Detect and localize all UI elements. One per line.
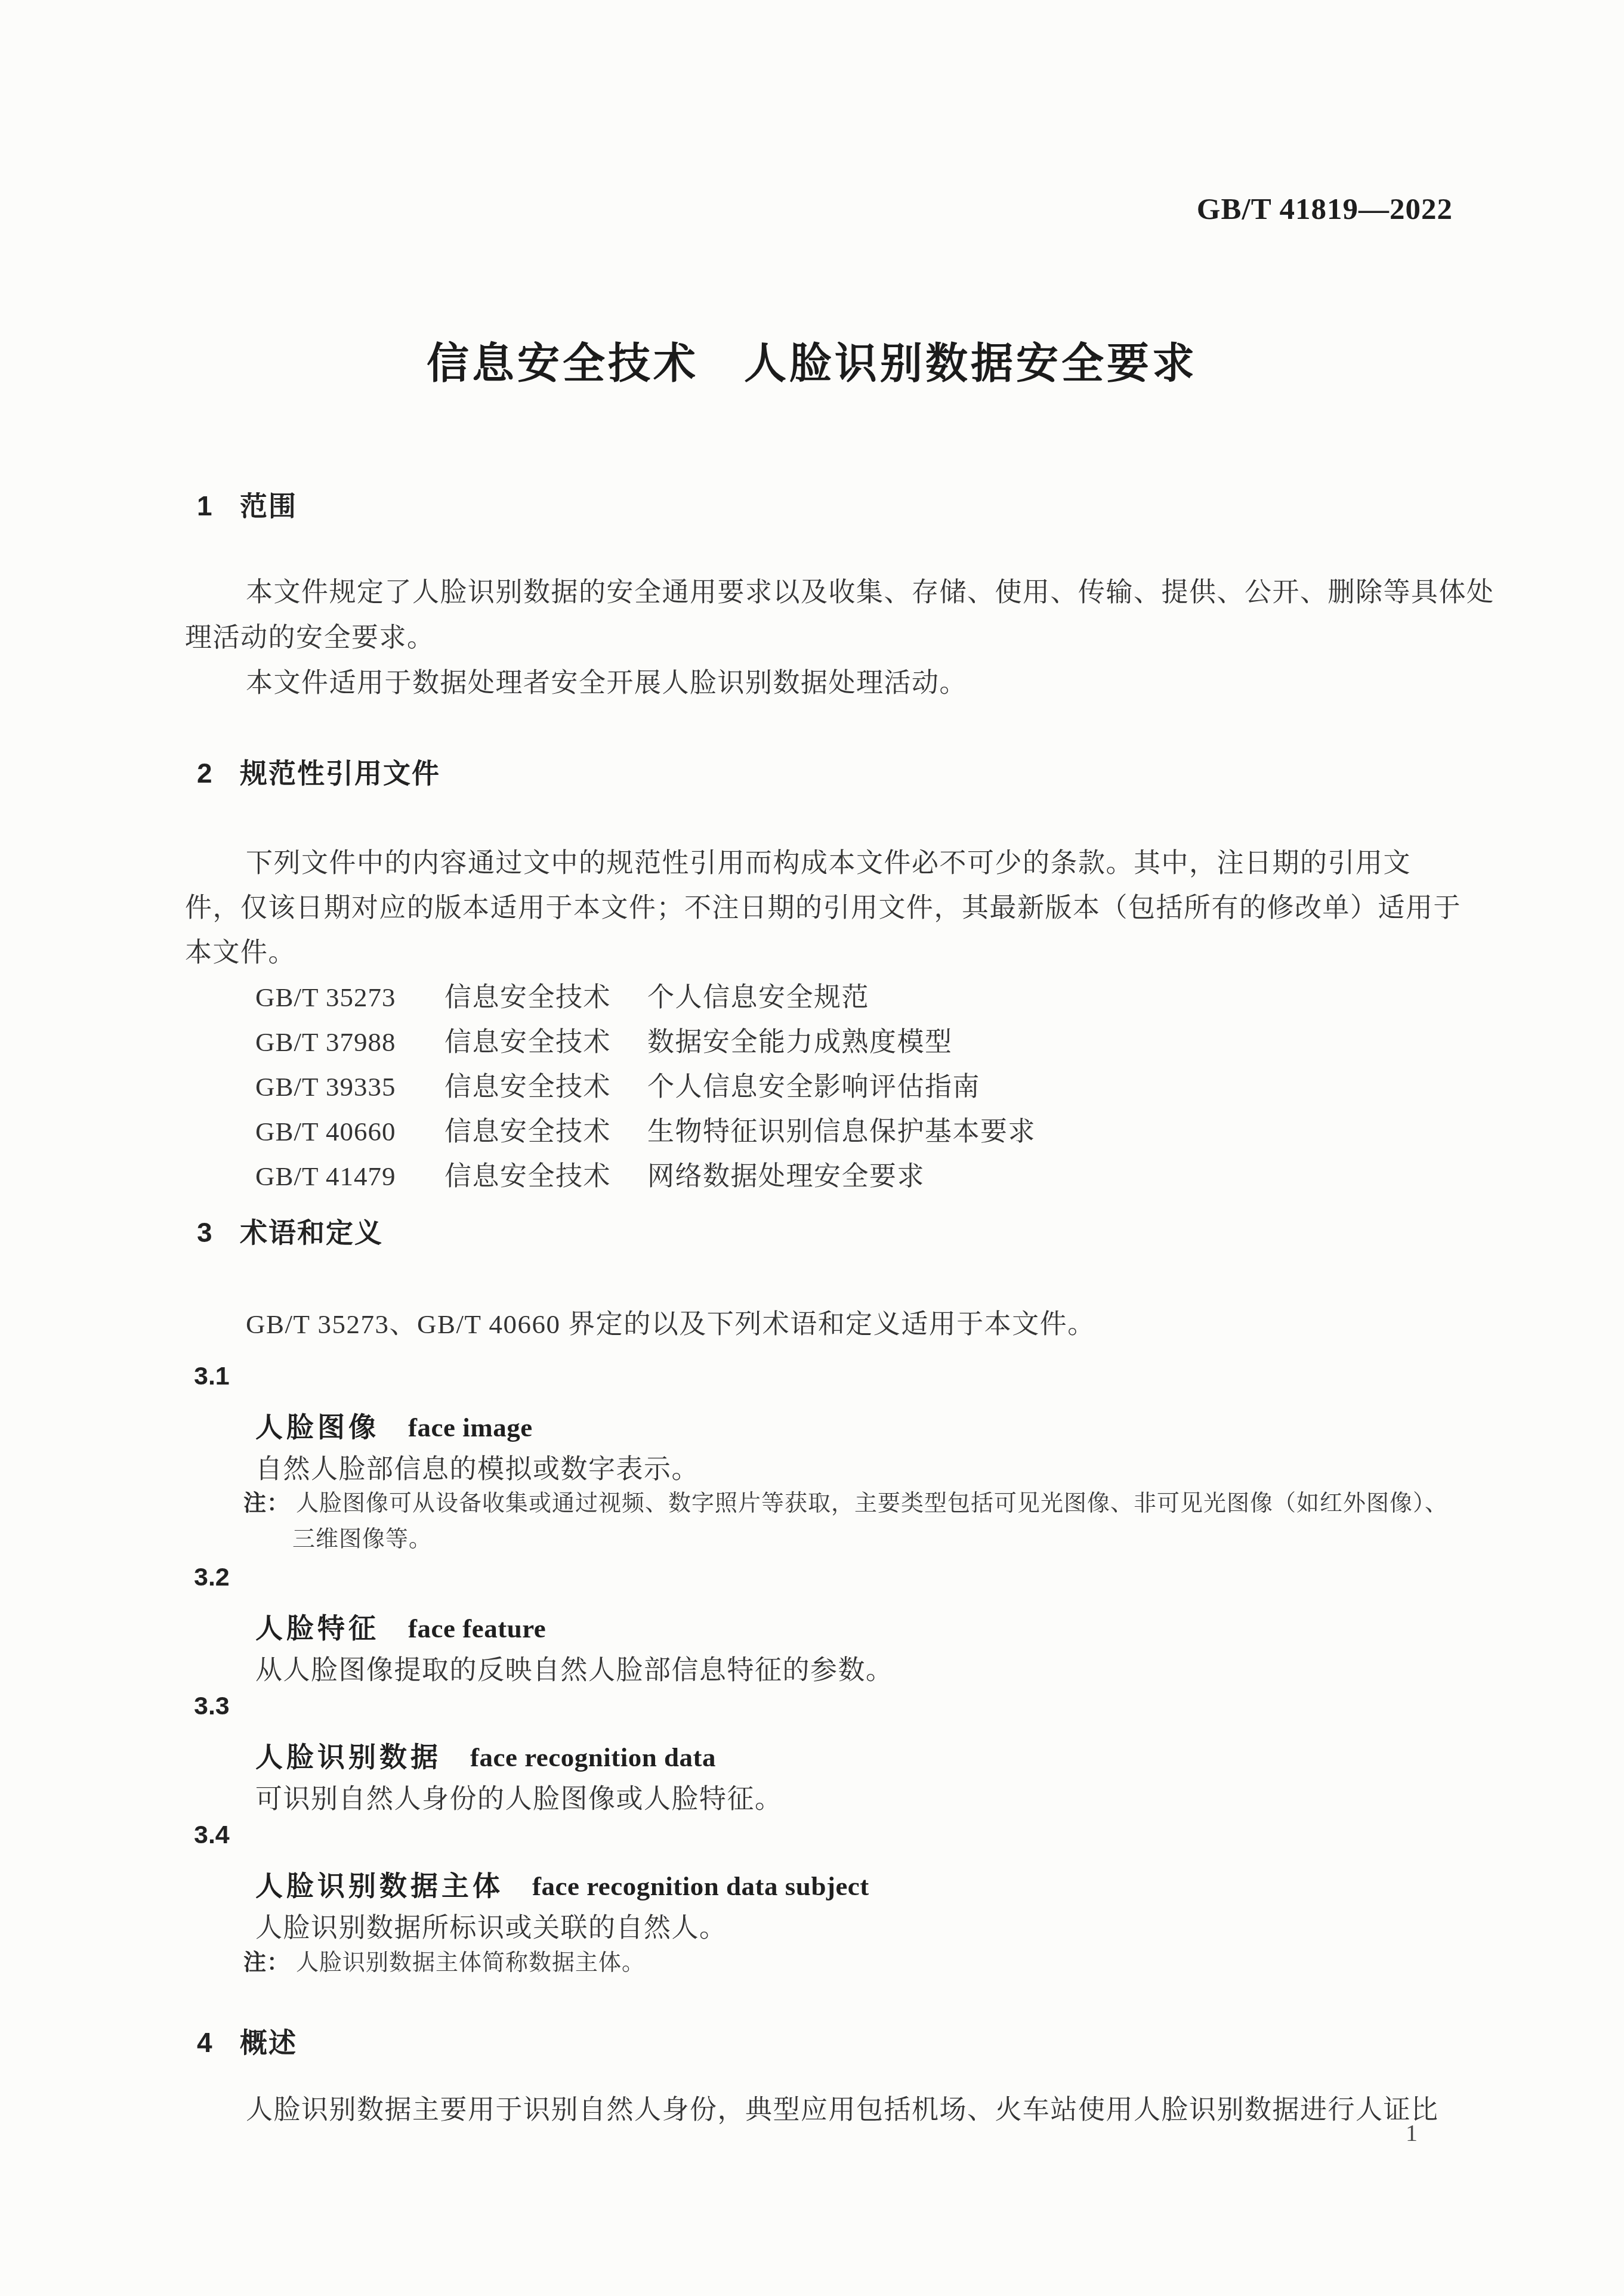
document-title: 信息安全技术 人脸识别数据安全要求: [0, 329, 1624, 390]
reference-title: 网络数据处理安全要求: [647, 1161, 925, 1191]
reference-title: 个人信息安全规范: [647, 982, 869, 1012]
term-en: face recognition data: [470, 1742, 716, 1772]
term-zh: 人脸图像: [255, 1411, 379, 1442]
reference-code: GB/T 35273: [255, 982, 444, 1013]
reference-series: 信息安全技术: [444, 1020, 647, 1059]
term-entry: 人脸识别数据主体face recognition data subject: [255, 1864, 869, 1903]
note-text: 人脸图像可从设备收集或通过视频、数字照片等获取，主要类型包括可见光图像、非可见光…: [296, 1491, 1448, 1516]
section-1-heading: 1范围: [197, 484, 297, 524]
term-entry: 人脸识别数据face recognition data: [255, 1735, 716, 1775]
reference-code: GB/T 39335: [255, 1071, 444, 1102]
term-number-3-2: 3.2: [194, 1563, 230, 1592]
note-text: 人脸识别数据主体简称数据主体。: [296, 1950, 645, 1975]
term-note: 注：人脸识别数据主体简称数据主体。: [243, 1943, 645, 1976]
term-definition: 从人脸图像提取的反映自然人脸部信息特征的参数。: [255, 1648, 894, 1687]
paragraph-line: GB/T 35273、GB/T 40660 界定的以及下列术语和定义适用于本文件…: [246, 1302, 1095, 1341]
term-note: 注：人脸图像可从设备收集或通过视频、数字照片等获取，主要类型包括可见光图像、非可…: [243, 1484, 1448, 1517]
section-2-heading: 2规范性引用文件: [197, 752, 440, 791]
section-3-heading: 3术语和定义: [197, 1211, 383, 1250]
term-note-continuation: 三维图像等。: [292, 1520, 432, 1553]
section-4-title: 概述: [240, 2027, 297, 2058]
term-definition: 可识别自然人身份的人脸图像或人脸特征。: [255, 1777, 783, 1816]
term-number-3-1: 3.1: [194, 1362, 230, 1391]
term-entry: 人脸特征face feature: [255, 1606, 546, 1646]
term-en: face recognition data subject: [532, 1871, 869, 1901]
reference-series: 信息安全技术: [444, 1154, 647, 1193]
note-label: 注：: [243, 1950, 290, 1975]
paragraph-line: 下列文件中的内容通过文中的规范性引用而构成本文件必不可少的条款。其中，注日期的引…: [246, 841, 1411, 880]
term-definition: 自然人脸部信息的模拟或数字表示。: [255, 1447, 699, 1486]
term-zh: 人脸识别数据: [255, 1741, 441, 1772]
term-en: face image: [408, 1413, 533, 1442]
section-1-title: 范围: [240, 490, 297, 521]
reference-series: 信息安全技术: [444, 975, 647, 1014]
reference-title: 个人信息安全影响评估指南: [647, 1072, 980, 1102]
term-number-3-4: 3.4: [194, 1821, 230, 1850]
term-definition: 人脸识别数据所标识或关联的自然人。: [255, 1906, 727, 1945]
reference-item: GB/T 37988信息安全技术数据安全能力成熟度模型: [255, 1020, 953, 1059]
reference-item: GB/T 41479信息安全技术网络数据处理安全要求: [255, 1154, 925, 1193]
term-zh: 人脸识别数据主体: [255, 1870, 504, 1901]
term-number-3-3: 3.3: [194, 1692, 230, 1721]
term-entry: 人脸图像face image: [255, 1405, 533, 1445]
section-1-number: 1: [197, 490, 240, 522]
paragraph-line: 本文件。: [185, 931, 296, 969]
reference-code: GB/T 37988: [255, 1027, 444, 1058]
section-2-title: 规范性引用文件: [240, 758, 440, 789]
reference-code: GB/T 41479: [255, 1161, 444, 1192]
note-label: 注：: [243, 1491, 290, 1516]
section-4-number: 4: [197, 2026, 240, 2059]
reference-series: 信息安全技术: [444, 1065, 647, 1104]
paragraph-line: 理活动的安全要求。: [185, 616, 435, 654]
standard-code: GB/T 41819—2022: [1197, 192, 1453, 227]
reference-code: GB/T 40660: [255, 1116, 444, 1147]
reference-title: 数据安全能力成熟度模型: [647, 1027, 953, 1057]
reference-item: GB/T 39335信息安全技术个人信息安全影响评估指南: [255, 1065, 980, 1104]
section-4-heading: 4概述: [197, 2021, 297, 2060]
paragraph-line: 人脸识别数据主要用于识别自然人身份，典型应用包括机场、火车站使用人脸识别数据进行…: [246, 2088, 1439, 2127]
page-number: 1: [1406, 2119, 1418, 2147]
paragraph-line: 本文件规定了人脸识别数据的安全通用要求以及收集、存储、使用、传输、提供、公开、删…: [246, 570, 1495, 609]
reference-title: 生物特征识别信息保护基本要求: [647, 1117, 1036, 1147]
term-en: face feature: [408, 1614, 546, 1643]
reference-item: GB/T 35273信息安全技术个人信息安全规范: [255, 975, 869, 1014]
document-page: GB/T 41819—2022 信息安全技术 人脸识别数据安全要求 1范围 本文…: [0, 0, 1624, 2296]
reference-item: GB/T 40660信息安全技术生物特征识别信息保护基本要求: [255, 1110, 1036, 1148]
paragraph-line: 件，仅该日期对应的版本适用于本文件；不注日期的引用文件，其最新版本（包括所有的修…: [185, 886, 1461, 925]
paragraph-line: 本文件适用于数据处理者安全开展人脸识别数据处理活动。: [246, 661, 967, 700]
reference-series: 信息安全技术: [444, 1110, 647, 1148]
term-zh: 人脸特征: [255, 1612, 379, 1643]
section-3-title: 术语和定义: [240, 1217, 383, 1248]
section-3-number: 3: [197, 1216, 240, 1249]
section-2-number: 2: [197, 757, 240, 789]
